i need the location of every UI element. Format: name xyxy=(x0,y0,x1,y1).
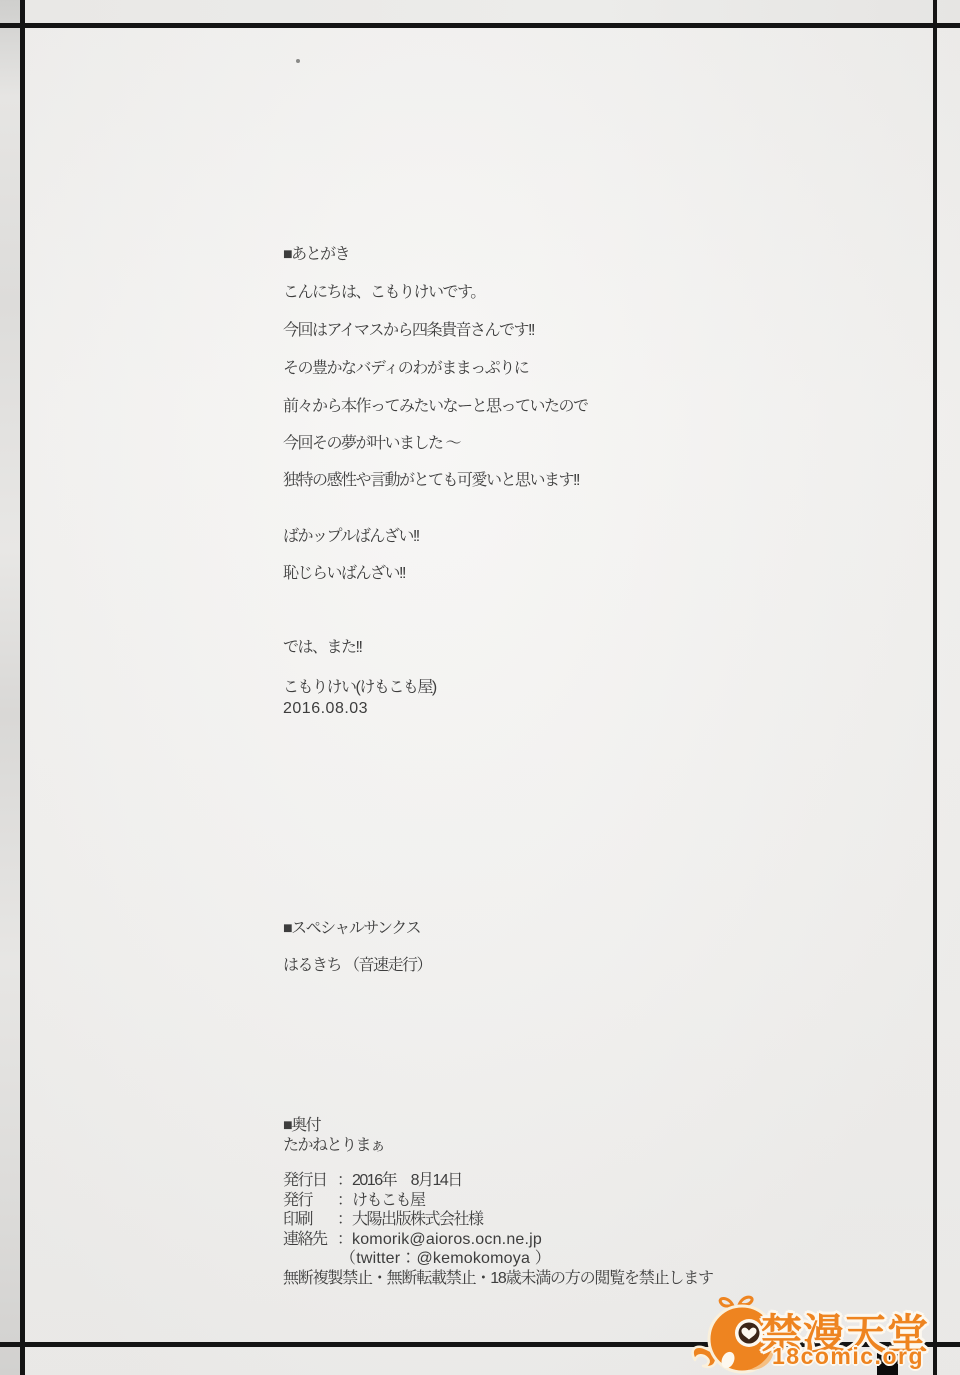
row-colon: ： xyxy=(337,1210,352,1230)
colophon-row-publish-date: 発行日：2016年 8月14日 xyxy=(283,1171,803,1191)
colophon-rows: 発行日：2016年 8月14日 発行：けもこも屋 印刷：大陽出版株式会社様 連絡… xyxy=(283,1171,803,1269)
row-value: 2016年 8月14日 xyxy=(352,1171,462,1191)
row-colon: ： xyxy=(337,1230,352,1250)
row-label: 発行日 xyxy=(283,1171,337,1191)
watermark-site-url: 18comic.org xyxy=(772,1343,924,1370)
dust-speck xyxy=(296,59,300,63)
scanned-page: ■あとがき こんにちは、こもりけいです。 今回はアイマスから四条貴音さんです!!… xyxy=(0,0,960,1375)
afterword-line: 今回その夢が叶いました ～ xyxy=(283,434,460,454)
row-value: 大陽出版株式会社様 xyxy=(352,1210,483,1230)
row-label: 連絡先 xyxy=(283,1230,337,1250)
row-colon: ： xyxy=(337,1191,352,1211)
afterword-line: 恥じらいばんざい!! xyxy=(283,564,405,584)
afterword-line: 独特の感性や言動がとても可愛いと思います!! xyxy=(283,471,579,491)
afterword-line: では、また!! xyxy=(283,638,361,658)
frame-line-top xyxy=(0,23,960,28)
site-watermark: 禁漫天堂 18comic.org xyxy=(660,1293,960,1375)
colophon-section: ■奥付 たかねとりまぁ 発行日：2016年 8月14日 発行：けもこも屋 印刷：… xyxy=(283,1116,803,1288)
colophon-row-contact: 連絡先：komorik@aioros.ocn.ne.jp xyxy=(283,1230,803,1250)
frame-line-left xyxy=(20,0,25,1375)
afterword-heading: ■あとがき xyxy=(283,245,349,265)
row-value: けもこも屋 xyxy=(352,1191,425,1211)
scan-edge-top xyxy=(20,0,960,23)
signature-date: 2016.08.03 xyxy=(283,699,368,719)
afterword-line: ばかップルばんざい!! xyxy=(283,527,419,547)
colophon-heading: ■奥付 xyxy=(283,1116,803,1136)
author-signature: こもりけい(けもこも屋) xyxy=(283,678,436,698)
afterword-line: 前々から本作ってみたいなーと思っていたので xyxy=(283,397,588,417)
book-title: たかねとりまぁ xyxy=(283,1136,803,1156)
afterword-line: その豊かなバディのわがままっぷりに xyxy=(283,359,528,379)
row-label: 印刷 xyxy=(283,1210,337,1230)
colophon-row-printer: 印刷：大陽出版株式会社様 xyxy=(283,1210,803,1230)
row-label: 発行 xyxy=(283,1191,337,1211)
row-colon: ： xyxy=(337,1171,352,1191)
scan-edge-left xyxy=(0,0,20,1375)
contact-email: komorik@aioros.ocn.ne.jp xyxy=(352,1230,542,1250)
afterword-line: 今回はアイマスから四条貴音さんです!! xyxy=(283,321,534,341)
twitter-handle: （twitter：@kemokomoya ） xyxy=(283,1249,803,1269)
colophon-row-publisher: 発行：けもこも屋 xyxy=(283,1191,803,1211)
special-thanks-name: はるきち （音速走行） xyxy=(283,956,431,976)
frame-line-right xyxy=(933,0,937,1375)
copyright-notice: 無断複製禁止・無断転載禁止・18歳未満の方の閲覧を禁止します xyxy=(283,1269,803,1289)
special-thanks-heading: ■スペシャルサンクス xyxy=(283,919,420,939)
afterword-line: こんにちは、こもりけいです。 xyxy=(283,283,485,303)
